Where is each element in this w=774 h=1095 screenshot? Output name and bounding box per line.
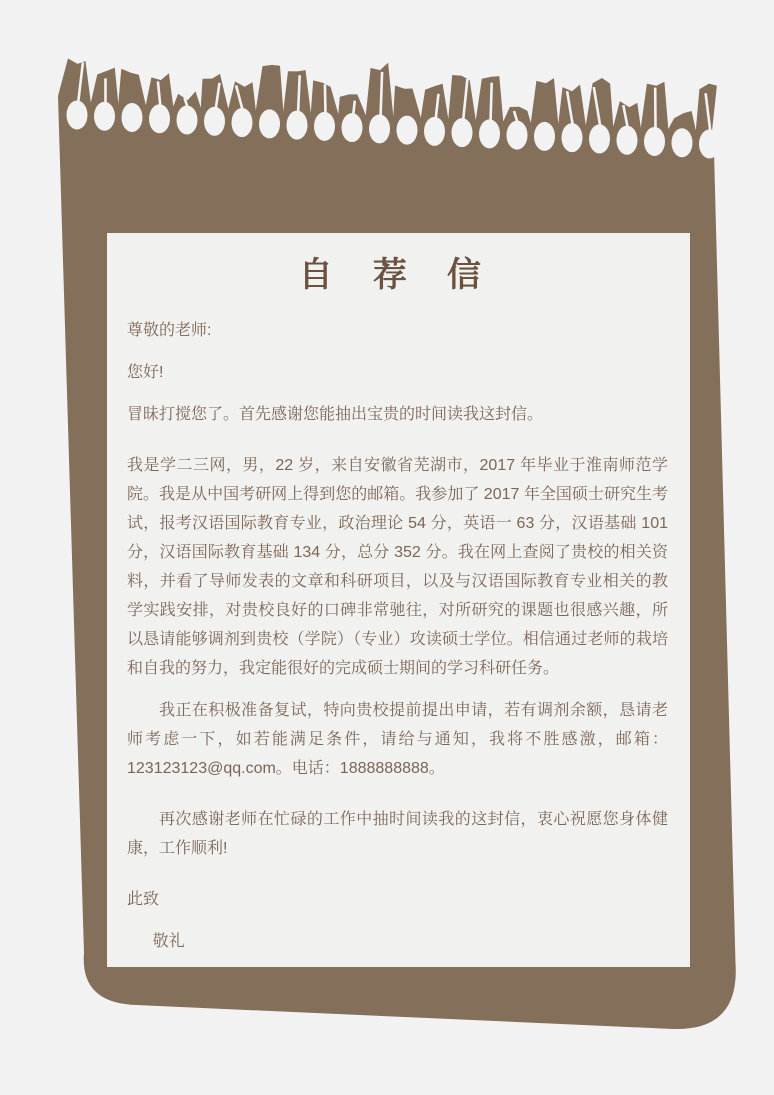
- letter-salutation: 尊敬的老师:: [127, 316, 668, 345]
- letter-greeting: 您好!: [127, 358, 668, 387]
- letter-body-paragraph-1: 我是学二三网，男，22 岁，来自安徽省芜湖市，2017 年毕业于淮南师范学院。我…: [127, 451, 668, 683]
- letter-paper: 自 荐 信 尊敬的老师: 您好! 冒昧打搅您了。首先感谢您能抽出宝贵的时间读我这…: [107, 233, 690, 967]
- letter-body-paragraph-3: 再次感谢老师在忙碌的工作中抽时间读我的这封信，衷心祝愿您身体健康，工作顺利!: [127, 805, 668, 863]
- letter-body-paragraph-2: 我正在积极准备复试，特向贵校提前提出申请，若有调剂余额，恳请老师考虑一下，如若能…: [127, 696, 668, 783]
- page-background: { "colors": { "background": "#f2f2f2", "…: [0, 0, 774, 1095]
- letter-salute: 敬礼: [127, 927, 668, 956]
- letter-closing: 此致: [127, 885, 668, 914]
- letter-title: 自 荐 信: [127, 247, 668, 296]
- letter-opening: 冒昧打搅您了。首先感谢您能抽出宝贵的时间读我这封信。: [127, 400, 668, 429]
